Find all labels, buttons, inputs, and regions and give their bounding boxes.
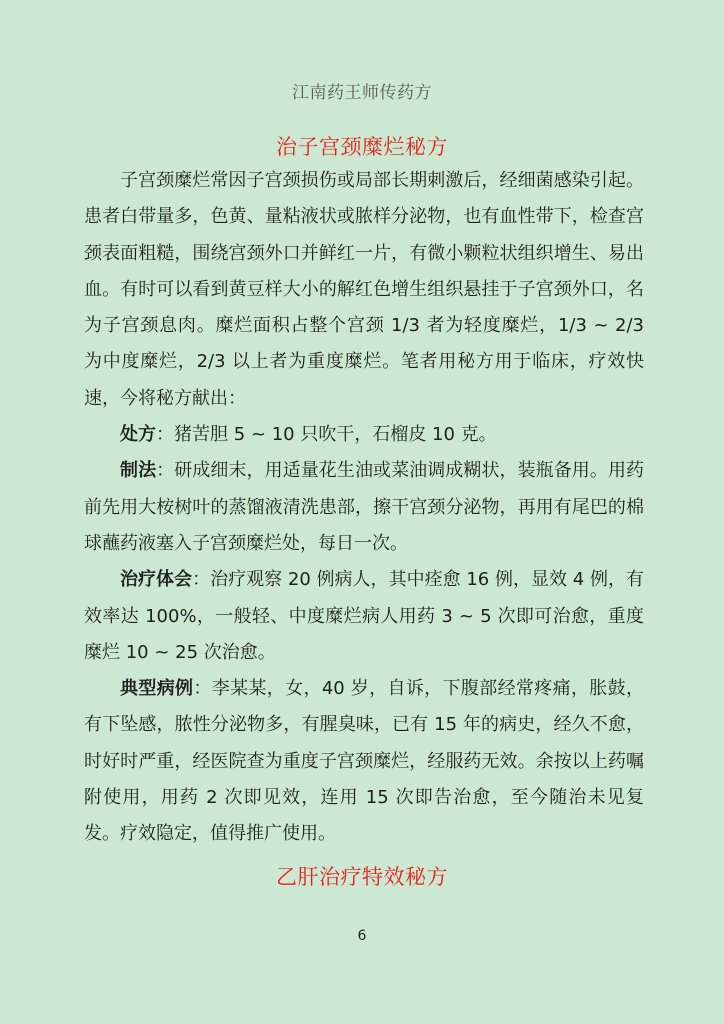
paragraph-lead-label: 治疗体会	[120, 569, 192, 590]
prescription-paragraph: 处方：猪苦胆 5 ~ 10 只吹干，石榴皮 10 克。	[84, 417, 644, 453]
intro-paragraph: 子宫颈糜烂常因子宫颈损伤或局部长期刺激后，经细菌感染引起。患者白带量多，色黄、量…	[84, 163, 644, 417]
paragraph-text: ：李某某，女，40 岁，自诉，下腹部经常疼痛，胀鼓，有下坠感，脓性分泌物多，有腥…	[84, 678, 644, 844]
paragraph-text: ：研成细末，用适量花生油或菜油调成糊状，装瓶备用。用药前先用大桉树叶的蒸馏液清洗…	[84, 460, 644, 554]
page-number: 6	[0, 928, 724, 944]
paragraph-text: 子宫颈糜烂常因子宫颈损伤或局部长期刺激后，经细菌感染引起。患者白带量多，色黄、量…	[84, 170, 644, 409]
typical-case-paragraph: 典型病例：李某某，女，40 岁，自诉，下腹部经常疼痛，胀鼓，有下坠感，脓性分泌物…	[84, 671, 644, 852]
treatment-experience-paragraph: 治疗体会：治疗观察 20 例病人，其中痊愈 16 例，显效 4 例，有效率达 1…	[84, 562, 644, 671]
paragraph-lead-label: 典型病例	[120, 678, 193, 699]
section-title-hepatitis-b: 乙肝治疗特效秘方	[0, 861, 724, 891]
paragraph-lead-label: 制法	[120, 460, 156, 481]
section-body: 子宫颈糜烂常因子宫颈损伤或局部长期刺激后，经细菌感染引起。患者白带量多，色黄、量…	[84, 163, 644, 853]
paragraph-text: ：猪苦胆 5 ~ 10 只吹干，石榴皮 10 克。	[156, 424, 497, 445]
running-header: 江南药王师传药方	[0, 78, 724, 103]
section-title-cervical-erosion: 治子宫颈糜烂秘方	[0, 131, 724, 161]
document-page: 江南药王师传药方 治子宫颈糜烂秘方 子宫颈糜烂常因子宫颈损伤或局部长期刺激后，经…	[0, 0, 724, 1024]
paragraph-lead-label: 处方	[120, 424, 156, 445]
preparation-paragraph: 制法：研成细末，用适量花生油或菜油调成糊状，装瓶备用。用药前先用大桉树叶的蒸馏液…	[84, 453, 644, 562]
